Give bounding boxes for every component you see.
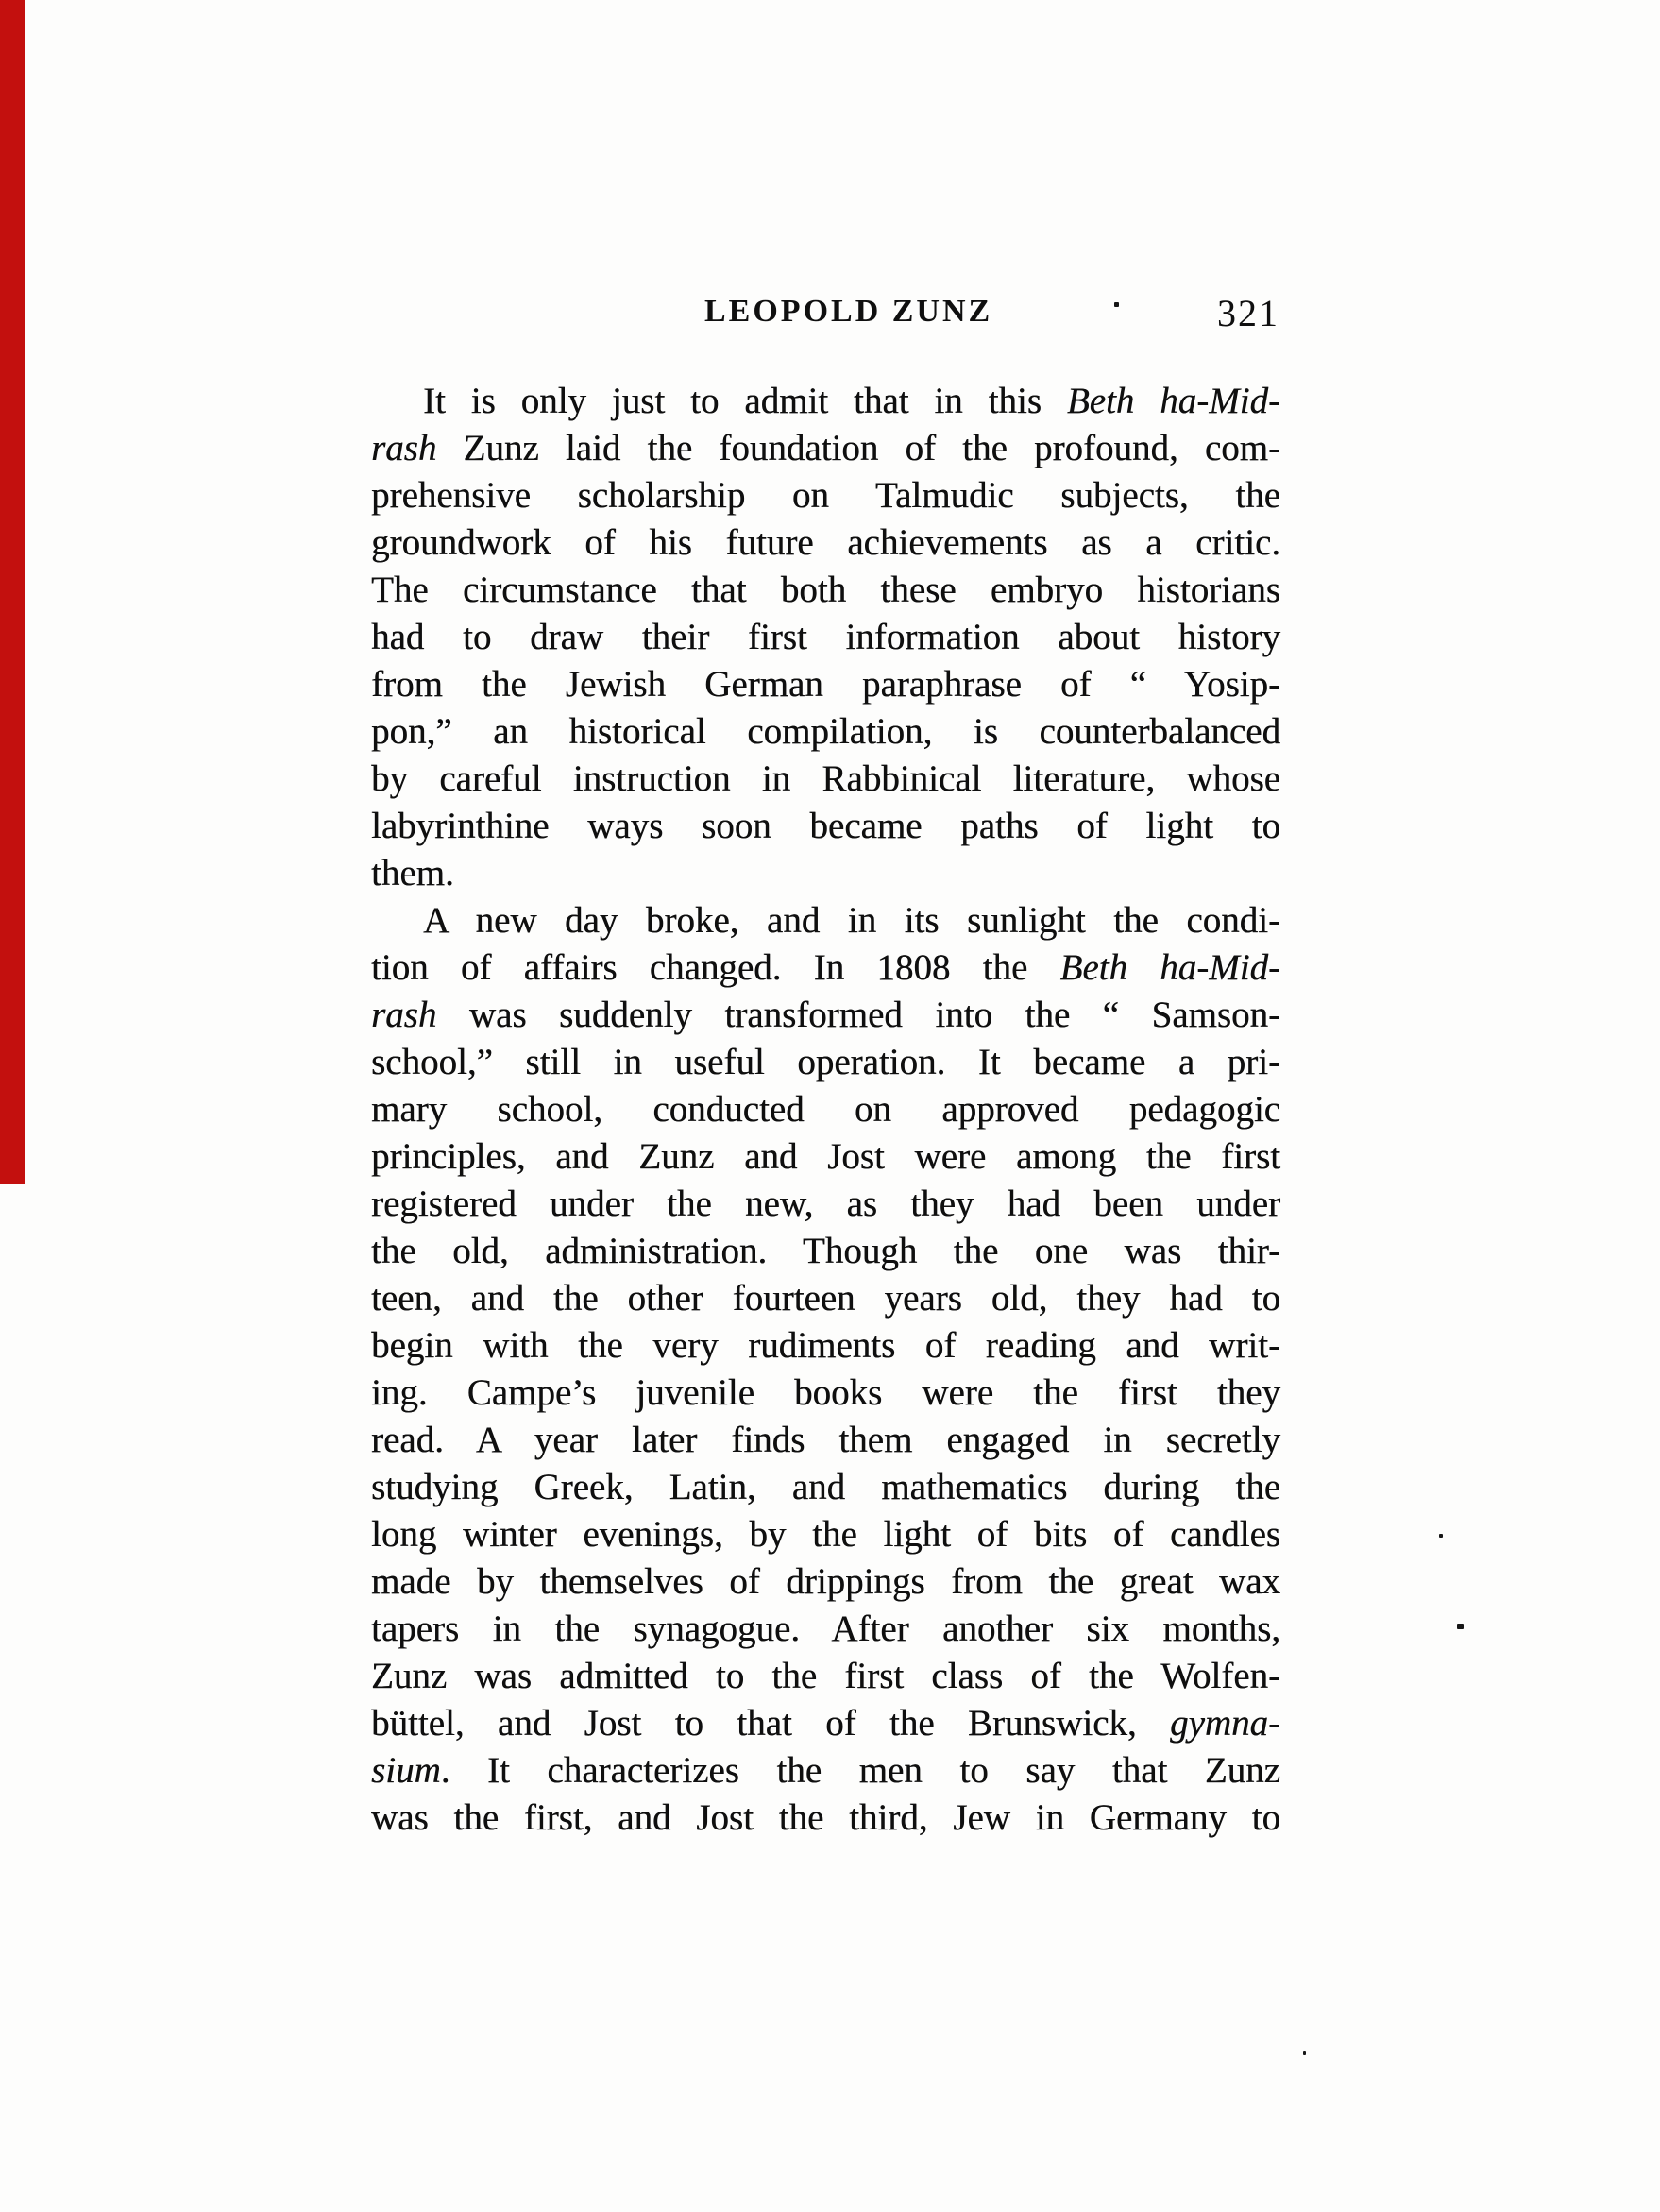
text-line: mary school, conducted on approved pedag…	[371, 1086, 1280, 1133]
text-line: school,” still in useful operation. It b…	[371, 1039, 1280, 1086]
text-run: ing. Campe’s juvenile books were the fir…	[371, 1372, 1280, 1413]
text-line: from the Jewish German paraphrase of “ Y…	[371, 661, 1280, 708]
text-run: The circumstance that both these embryo …	[371, 570, 1280, 610]
text-line: was the first, and Jost the third, Jew i…	[371, 1795, 1280, 1842]
page-number: 321	[1217, 291, 1279, 335]
ink-speck	[1114, 302, 1119, 307]
ink-speck	[1457, 1624, 1464, 1629]
text-line: them.	[371, 850, 1280, 897]
italic-text-run: rash	[371, 428, 436, 468]
text-line: groundwork of his future achievements as…	[371, 519, 1280, 567]
text-run: tapers in the synagogue. After another s…	[371, 1608, 1280, 1649]
text-line: studying Greek, Latin, and mathematics d…	[371, 1464, 1280, 1511]
text-line: tapers in the synagogue. After another s…	[371, 1606, 1280, 1653]
text-run: school,” still in useful operation. It b…	[371, 1042, 1280, 1082]
text-run: by careful instruction in Rabbinical lit…	[371, 758, 1280, 799]
text-line: rash was suddenly transformed into the “…	[371, 992, 1280, 1039]
text-run: pon,” an historical compilation, is coun…	[371, 711, 1280, 752]
page-sheet: LEOPOLD ZUNZ 321 It is only just to admi…	[0, 0, 1660, 2212]
text-run: long winter evenings, by the light of bi…	[371, 1514, 1280, 1555]
italic-text-run: Beth ha-Mid-	[1067, 381, 1280, 421]
text-run: studying Greek, Latin, and mathematics d…	[371, 1467, 1280, 1507]
italic-text-run: rash	[371, 995, 436, 1035]
text-line: begin with the very rudiments of reading…	[371, 1322, 1280, 1370]
text-run: made by themselves of drippings from the…	[371, 1561, 1280, 1602]
scanned-book-page: { "page": { "background": "#fdfdfc", "in…	[0, 0, 1660, 2212]
text-run: labyrinthine ways soon became paths of l…	[371, 806, 1280, 846]
ink-speck	[1303, 2051, 1306, 2055]
text-run: groundwork of his future achievements as…	[371, 522, 1280, 563]
text-run: . It characterizes the men to say that Z…	[441, 1750, 1280, 1791]
text-run: was suddenly transformed into the “ Sams…	[436, 995, 1280, 1035]
text-line: ing. Campe’s juvenile books were the fir…	[371, 1370, 1280, 1417]
text-run: prehensive scholarship on Talmudic subje…	[371, 475, 1280, 516]
text-run: Zunz laid the foundation of the profound…	[436, 428, 1280, 468]
text-line: read. A year later finds them engaged in…	[371, 1417, 1280, 1464]
text-run: teen, and the other fourteen years old, …	[371, 1278, 1280, 1319]
text-line: prehensive scholarship on Talmudic subje…	[371, 472, 1280, 519]
text-run: Zunz was admitted to the first class of …	[371, 1656, 1280, 1696]
text-run: mary school, conducted on approved pedag…	[371, 1089, 1280, 1130]
text-line: The circumstance that both these embryo …	[371, 567, 1280, 614]
text-line: It is only just to admit that in this Be…	[371, 378, 1280, 425]
text-run: It is only just to admit that in this	[423, 381, 1067, 421]
running-header-title: LEOPOLD ZUNZ	[704, 294, 992, 330]
text-run: them.	[371, 853, 454, 893]
text-line: pon,” an historical compilation, is coun…	[371, 708, 1280, 756]
text-line: büttel, and Jost to that of the Brunswic…	[371, 1700, 1280, 1747]
text-line: A new day broke, and in its sunlight the…	[371, 897, 1280, 944]
text-run: was the first, and Jost the third, Jew i…	[371, 1797, 1280, 1838]
text-line: tion of affairs changed. In 1808 the Bet…	[371, 944, 1280, 992]
text-run: principles, and Zunz and Jost were among…	[371, 1136, 1280, 1177]
text-line: the old, administration. Though the one …	[371, 1228, 1280, 1275]
text-line: sium. It characterizes the men to say th…	[371, 1747, 1280, 1795]
text-line: Zunz was admitted to the first class of …	[371, 1653, 1280, 1700]
red-ribbon-stripe	[0, 0, 25, 1184]
text-run: had to draw their first information abou…	[371, 617, 1280, 657]
text-run: A new day broke, and in its sunlight the…	[423, 900, 1280, 941]
text-run: büttel, and Jost to that of the Brunswic…	[371, 1703, 1170, 1744]
text-run: begin with the very rudiments of reading…	[371, 1325, 1280, 1366]
italic-text-run: sium	[371, 1750, 441, 1791]
text-line: made by themselves of drippings from the…	[371, 1558, 1280, 1606]
text-run: from the Jewish German paraphrase of “ Y…	[371, 664, 1280, 705]
text-line: principles, and Zunz and Jost were among…	[371, 1133, 1280, 1181]
text-line: labyrinthine ways soon became paths of l…	[371, 803, 1280, 850]
text-run: registered under the new, as they had be…	[371, 1183, 1280, 1224]
text-line: registered under the new, as they had be…	[371, 1181, 1280, 1228]
italic-text-run: gymna-	[1170, 1703, 1280, 1744]
text-run: tion of affairs changed. In 1808 the	[371, 947, 1060, 988]
text-line: had to draw their first information abou…	[371, 614, 1280, 661]
italic-text-run: Beth ha-Mid-	[1060, 947, 1281, 988]
text-line: teen, and the other fourteen years old, …	[371, 1275, 1280, 1322]
text-run: the old, administration. Though the one …	[371, 1231, 1280, 1271]
text-line: long winter evenings, by the light of bi…	[371, 1511, 1280, 1558]
ink-speck	[1439, 1534, 1443, 1538]
body-text: It is only just to admit that in this Be…	[371, 378, 1280, 1842]
text-line: by careful instruction in Rabbinical lit…	[371, 756, 1280, 803]
text-run: read. A year later finds them engaged in…	[371, 1420, 1280, 1460]
text-line: rash Zunz laid the foundation of the pro…	[371, 425, 1280, 472]
